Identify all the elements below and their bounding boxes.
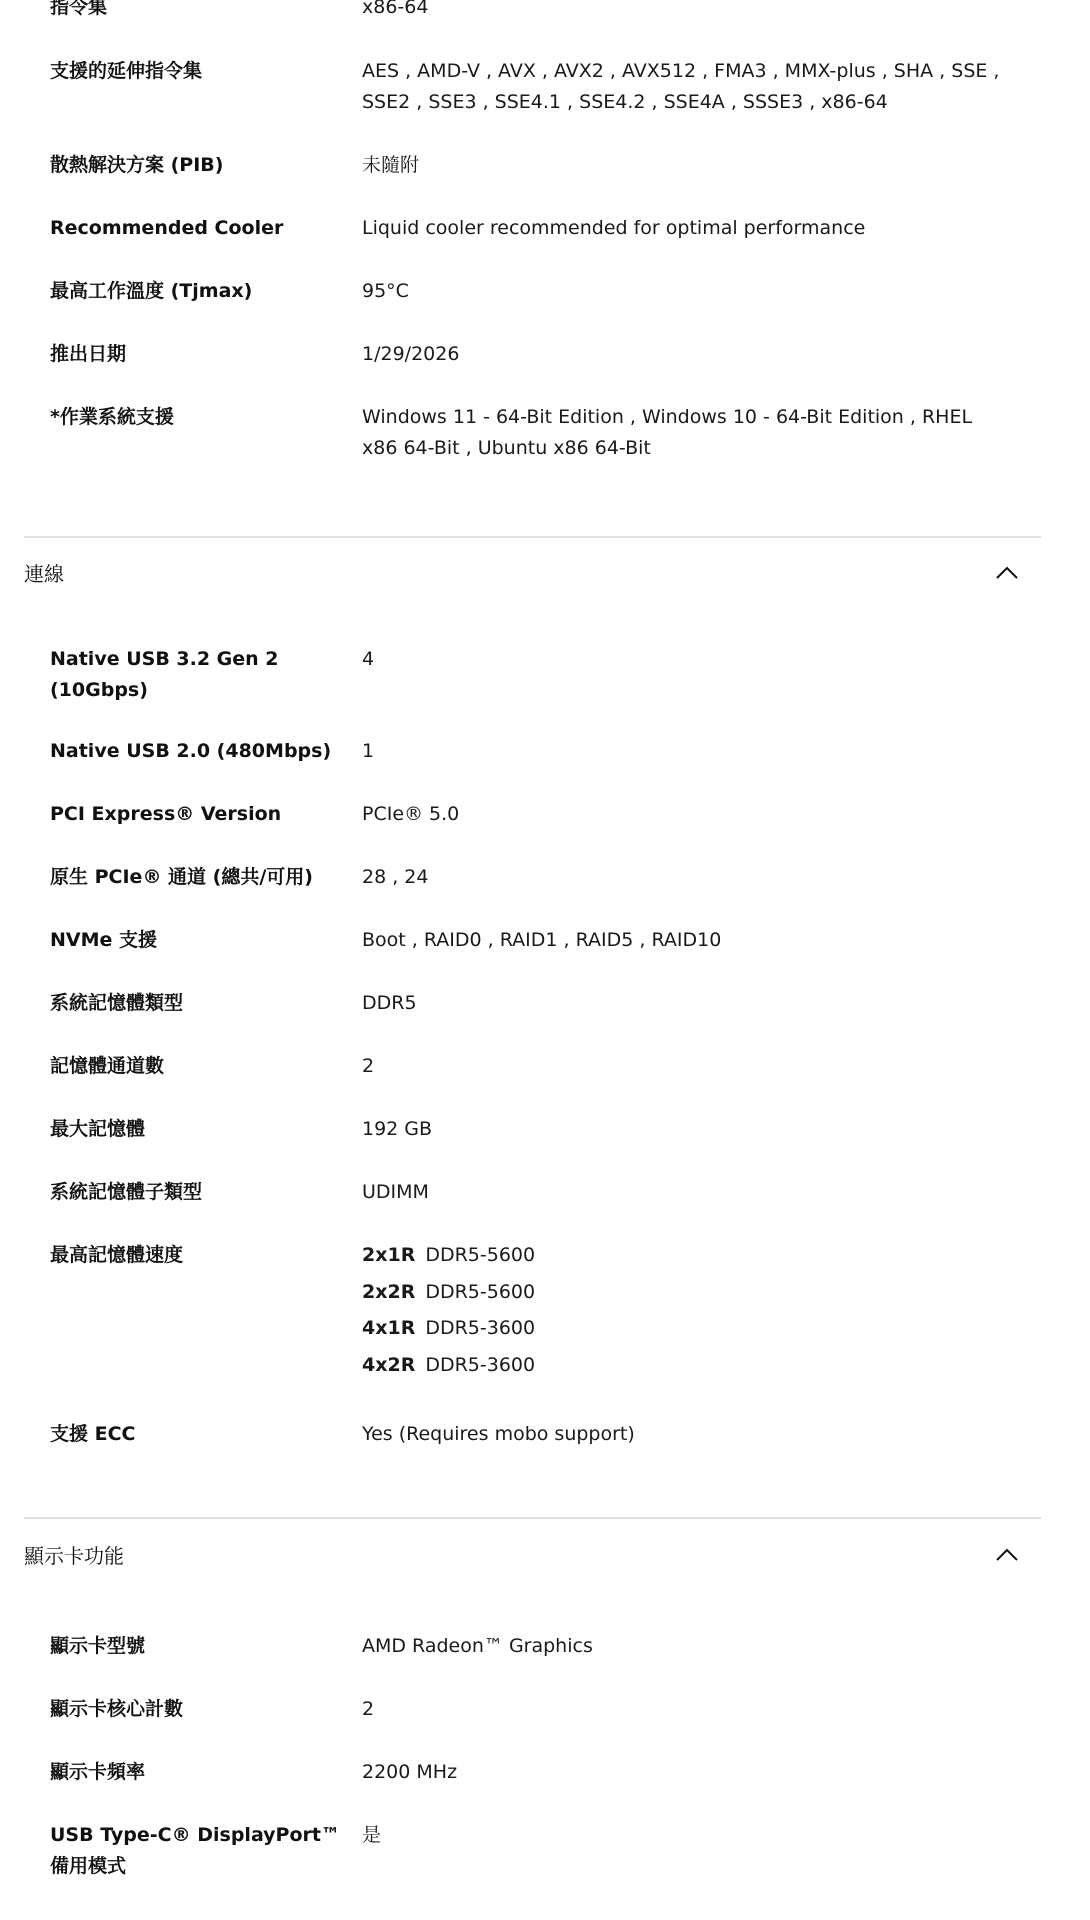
spec-label: 顯示卡型號 [50,1631,350,1662]
spec-row-pcie-version: PCI Express® Version PCIe® 5.0 [50,799,1050,830]
spec-value: 2 [362,1051,1002,1082]
spec-label: 系統記憶體子類型 [50,1177,350,1208]
spec-value: Boot , RAID0 , RAID1 , RAID5 , RAID10 [362,925,1002,956]
spec-value: AMD Radeon™ Graphics [362,1631,1002,1662]
section-title: 顯示卡功能 [24,1540,124,1569]
spec-row-ecc: 支援 ECC Yes (Requires mobo support) [50,1419,1050,1450]
memory-speed: DDR5-3600 [425,1354,535,1376]
memory-rank: 4x2R [362,1354,415,1376]
memory-speed-line: 4x1RDDR5-3600 [362,1310,1002,1347]
section-divider [24,536,1041,538]
spec-value: DDR5 [362,988,1002,1019]
spec-label: *作業系統支援 [50,402,350,433]
spec-row-launch-date: 推出日期 1/29/2026 [50,339,1050,370]
spec-label: 推出日期 [50,339,350,370]
spec-row-memory-subtype: 系統記憶體子類型 UDIMM [50,1177,1050,1208]
spec-value: Yes (Requires mobo support) [362,1419,1002,1450]
section-divider [24,1517,1041,1519]
spec-value: 4 [362,644,1002,675]
memory-speed: DDR5-5600 [425,1281,535,1303]
spec-value: 是 [362,1820,1002,1851]
spec-row-graphics-cores: 顯示卡核心計數 2 [50,1694,1050,1725]
spec-label: NVMe 支援 [50,925,350,956]
spec-value-speeds: 2x1RDDR5-5600 2x2RDDR5-5600 4x1RDDR5-360… [362,1237,1002,1384]
spec-value: PCIe® 5.0 [362,799,1002,830]
spec-row-recommended-cooler: Recommended Cooler Liquid cooler recomme… [50,213,1050,244]
spec-row-tjmax: 最高工作溫度 (Tjmax) 95°C [50,276,1050,307]
spec-row-usb20: Native USB 2.0 (480Mbps) 1 [50,736,1050,767]
spec-row-graphics-model: 顯示卡型號 AMD Radeon™ Graphics [50,1631,1050,1662]
spec-label: USB Type-C® DisplayPort™ 備用模式 [50,1820,350,1882]
spec-label: 顯示卡頻率 [50,1757,350,1788]
spec-label: 支援的延伸指令集 [50,56,350,87]
chevron-up-icon[interactable] [987,557,1027,587]
spec-label: Native USB 3.2 Gen 2 (10Gbps) [50,644,350,706]
spec-row-max-memory: 最大記憶體 192 GB [50,1114,1050,1145]
memory-speed-line: 4x2RDDR5-3600 [362,1347,1002,1384]
spec-row-extensions: 支援的延伸指令集 AES , AMD-V , AVX , AVX2 , AVX5… [50,56,1050,118]
memory-rank: 2x1R [362,1244,415,1266]
spec-value: 1 [362,736,1002,767]
spec-label: 記憶體通道數 [50,1051,350,1082]
spec-row-nvme: NVMe 支援 Boot , RAID0 , RAID1 , RAID5 , R… [50,925,1050,956]
spec-row-usb32: Native USB 3.2 Gen 2 (10Gbps) 4 [50,644,1050,706]
spec-row-pcie-lanes: 原生 PCIe® 通道 (總共/可用) 28 , 24 [50,862,1050,893]
memory-rank: 4x1R [362,1317,415,1339]
memory-speed-line: 2x2RDDR5-5600 [362,1274,1002,1311]
section-toggle-graphics[interactable]: 顯示卡功能 [24,1534,1041,1574]
spec-label: 最高工作溫度 (Tjmax) [50,276,350,307]
spec-label: 最大記憶體 [50,1114,350,1145]
spec-row-displayport-alt-mode: USB Type-C® DisplayPort™ 備用模式 是 [50,1820,1050,1882]
spec-value: 1/29/2026 [362,339,1002,370]
section-title: 連線 [24,558,64,587]
spec-label: Recommended Cooler [50,213,350,244]
spec-value: UDIMM [362,1177,1002,1208]
memory-speed: DDR5-5600 [425,1244,535,1266]
spec-value: Windows 11 - 64-Bit Edition , Windows 10… [362,402,1002,464]
spec-value: 95°C [362,276,1002,307]
spec-value: AES , AMD-V , AVX , AVX2 , AVX512 , FMA3… [362,56,1002,118]
spec-value: 2200 MHz [362,1757,1002,1788]
spec-label: Native USB 2.0 (480Mbps) [50,736,350,767]
spec-value: 未隨附 [362,150,1002,181]
spec-row-instruction-set: 指令集 x86-64 [50,0,1050,23]
spec-row-graphics-frequency: 顯示卡頻率 2200 MHz [50,1757,1050,1788]
spec-value: 192 GB [362,1114,1002,1145]
spec-row-memory-channels: 記憶體通道數 2 [50,1051,1050,1082]
chevron-up-icon[interactable] [987,1539,1027,1569]
spec-label: 最高記憶體速度 [50,1240,350,1271]
spec-label: 支援 ECC [50,1419,350,1450]
spec-label: PCI Express® Version [50,799,350,830]
spec-row-max-memory-speed: 最高記憶體速度 2x1RDDR5-5600 2x2RDDR5-5600 4x1R… [50,1240,1050,1384]
spec-value: Liquid cooler recommended for optimal pe… [362,213,1002,244]
spec-label: 系統記憶體類型 [50,988,350,1019]
spec-label: 散熱解決方案 (PIB) [50,150,350,181]
spec-label: 顯示卡核心計數 [50,1694,350,1725]
spec-row-thermal-solution: 散熱解決方案 (PIB) 未隨附 [50,150,1050,181]
memory-speed-line: 2x1RDDR5-5600 [362,1237,1002,1274]
spec-label: 指令集 [50,0,350,23]
memory-rank: 2x2R [362,1281,415,1303]
memory-speed: DDR5-3600 [425,1317,535,1339]
spec-value: 28 , 24 [362,862,1002,893]
spec-row-os-support: *作業系統支援 Windows 11 - 64-Bit Edition , Wi… [50,402,1050,464]
section-toggle-connectivity[interactable]: 連線 [24,552,1041,592]
spec-value: x86-64 [362,0,1002,23]
spec-value: 2 [362,1694,1002,1725]
spec-row-memory-type: 系統記憶體類型 DDR5 [50,988,1050,1019]
spec-label: 原生 PCIe® 通道 (總共/可用) [50,862,350,893]
